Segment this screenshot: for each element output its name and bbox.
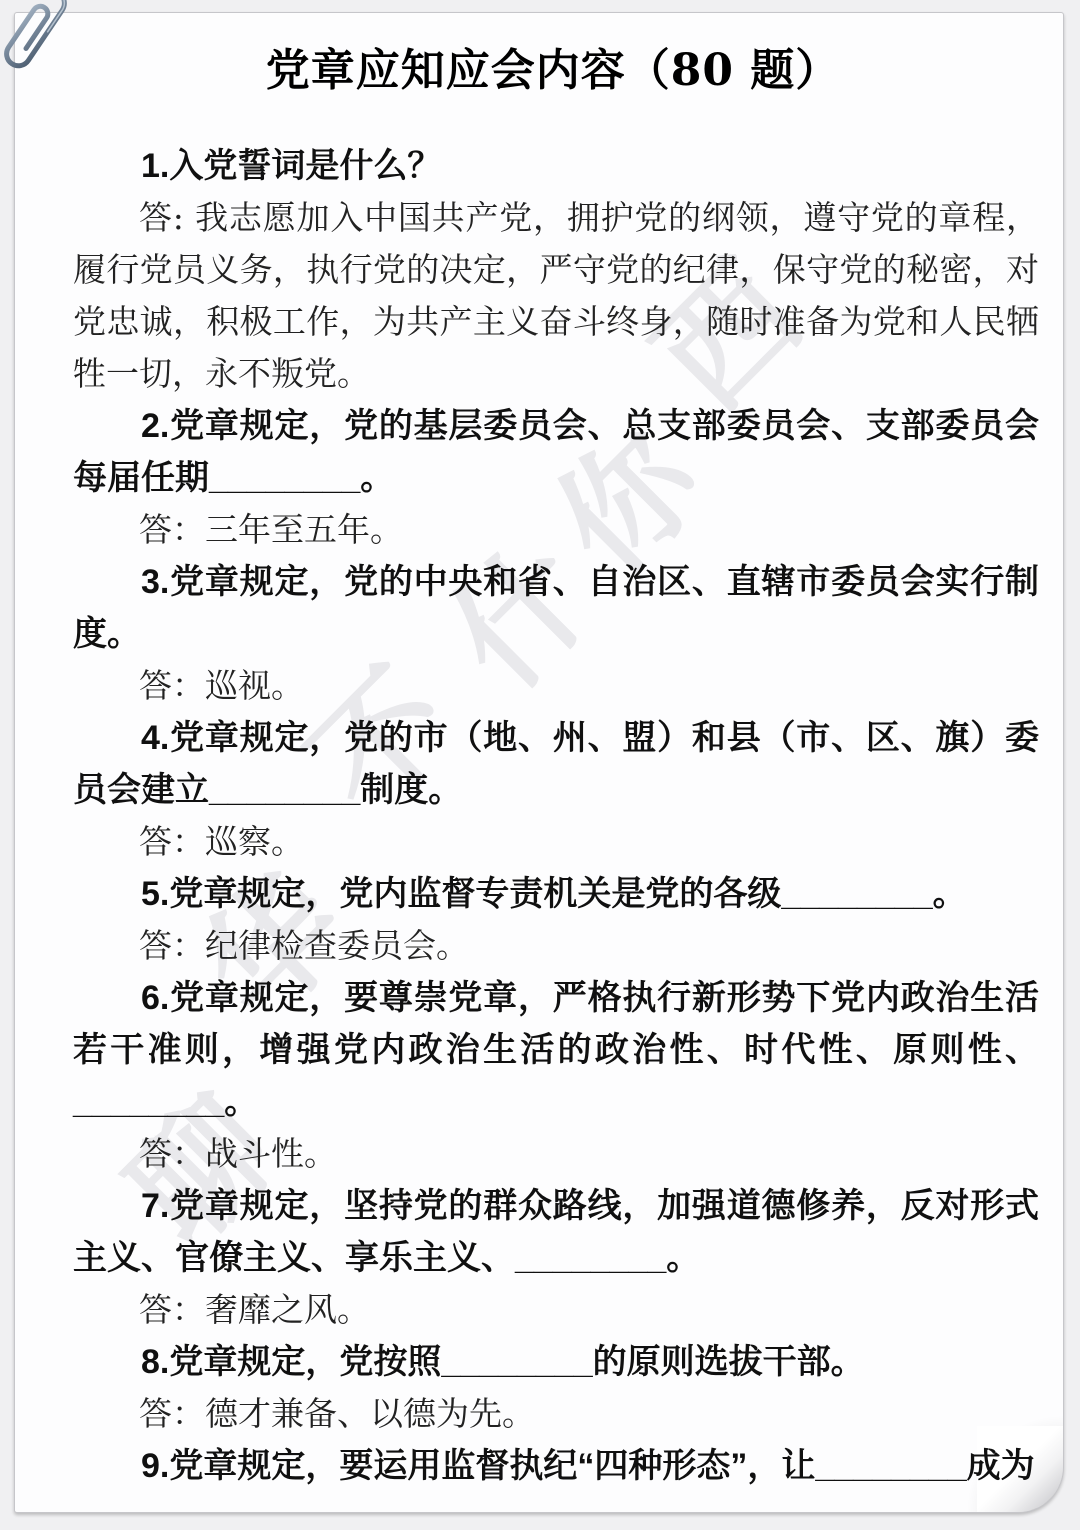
- answer-text: 答: 我志愿加入中国共产党，拥护党的纲领，遵守党的章程，履行党员义务，执行党的决…: [73, 192, 1039, 400]
- page-background: { "document": { "title": "党章应知应会内容（80 题）…: [0, 0, 1080, 1530]
- page-title: 党章应知应会内容（80 题）: [73, 43, 1033, 98]
- qa-list: 1.入党誓词是什么？答: 我志愿加入中国共产党，拥护党的纲领，遵守党的章程，履行…: [73, 140, 1039, 1492]
- question-text: 6.党章规定，要尊崇党章，严格执行新形势下党内政治生活若干准则，增强党内政治生活…: [73, 972, 1039, 1128]
- question-text: 4.党章规定，党的市（地、州、盟）和县（市、区、旗）委员会建立________制…: [73, 712, 1039, 816]
- question-text: 9.党章规定，要运用监督执纪“四种形态”，让________成为: [73, 1440, 1039, 1492]
- answer-text: 答：纪律检查委员会。: [73, 920, 1039, 972]
- answer-text: 答：德才兼备、以德为先。: [73, 1388, 1039, 1440]
- answer-text: 答：巡视。: [73, 660, 1039, 712]
- question-text: 7.党章规定，坚持党的群众路线，加强道德修养，反对形式主义、官僚主义、享乐主义、…: [73, 1180, 1039, 1284]
- document-page: 西你什不华聊 党章应知应会内容（80 题） 1.入党誓词是什么？答: 我志愿加入…: [14, 12, 1064, 1513]
- answer-text: 答：战斗性。: [73, 1128, 1039, 1180]
- question-text: 3.党章规定，党的中央和省、自治区、直辖市委员会实行制度。: [73, 556, 1039, 660]
- question-text: 2.党章规定，党的基层委员会、总支部委员会、支部委员会每届任期________。: [73, 400, 1039, 504]
- document-content: 党章应知应会内容（80 题） 1.入党誓词是什么？答: 我志愿加入中国共产党，拥…: [15, 13, 1063, 1492]
- answer-text: 答：巡察。: [73, 816, 1039, 868]
- question-text: 5.党章规定，党内监督专责机关是党的各级________。: [73, 868, 1039, 920]
- answer-text: 答：三年至五年。: [73, 504, 1039, 556]
- answer-text: 答：奢靡之风。: [73, 1284, 1039, 1336]
- question-text: 8.党章规定，党按照________的原则选拔干部。: [73, 1336, 1039, 1388]
- question-text: 1.入党誓词是什么？: [73, 140, 1039, 192]
